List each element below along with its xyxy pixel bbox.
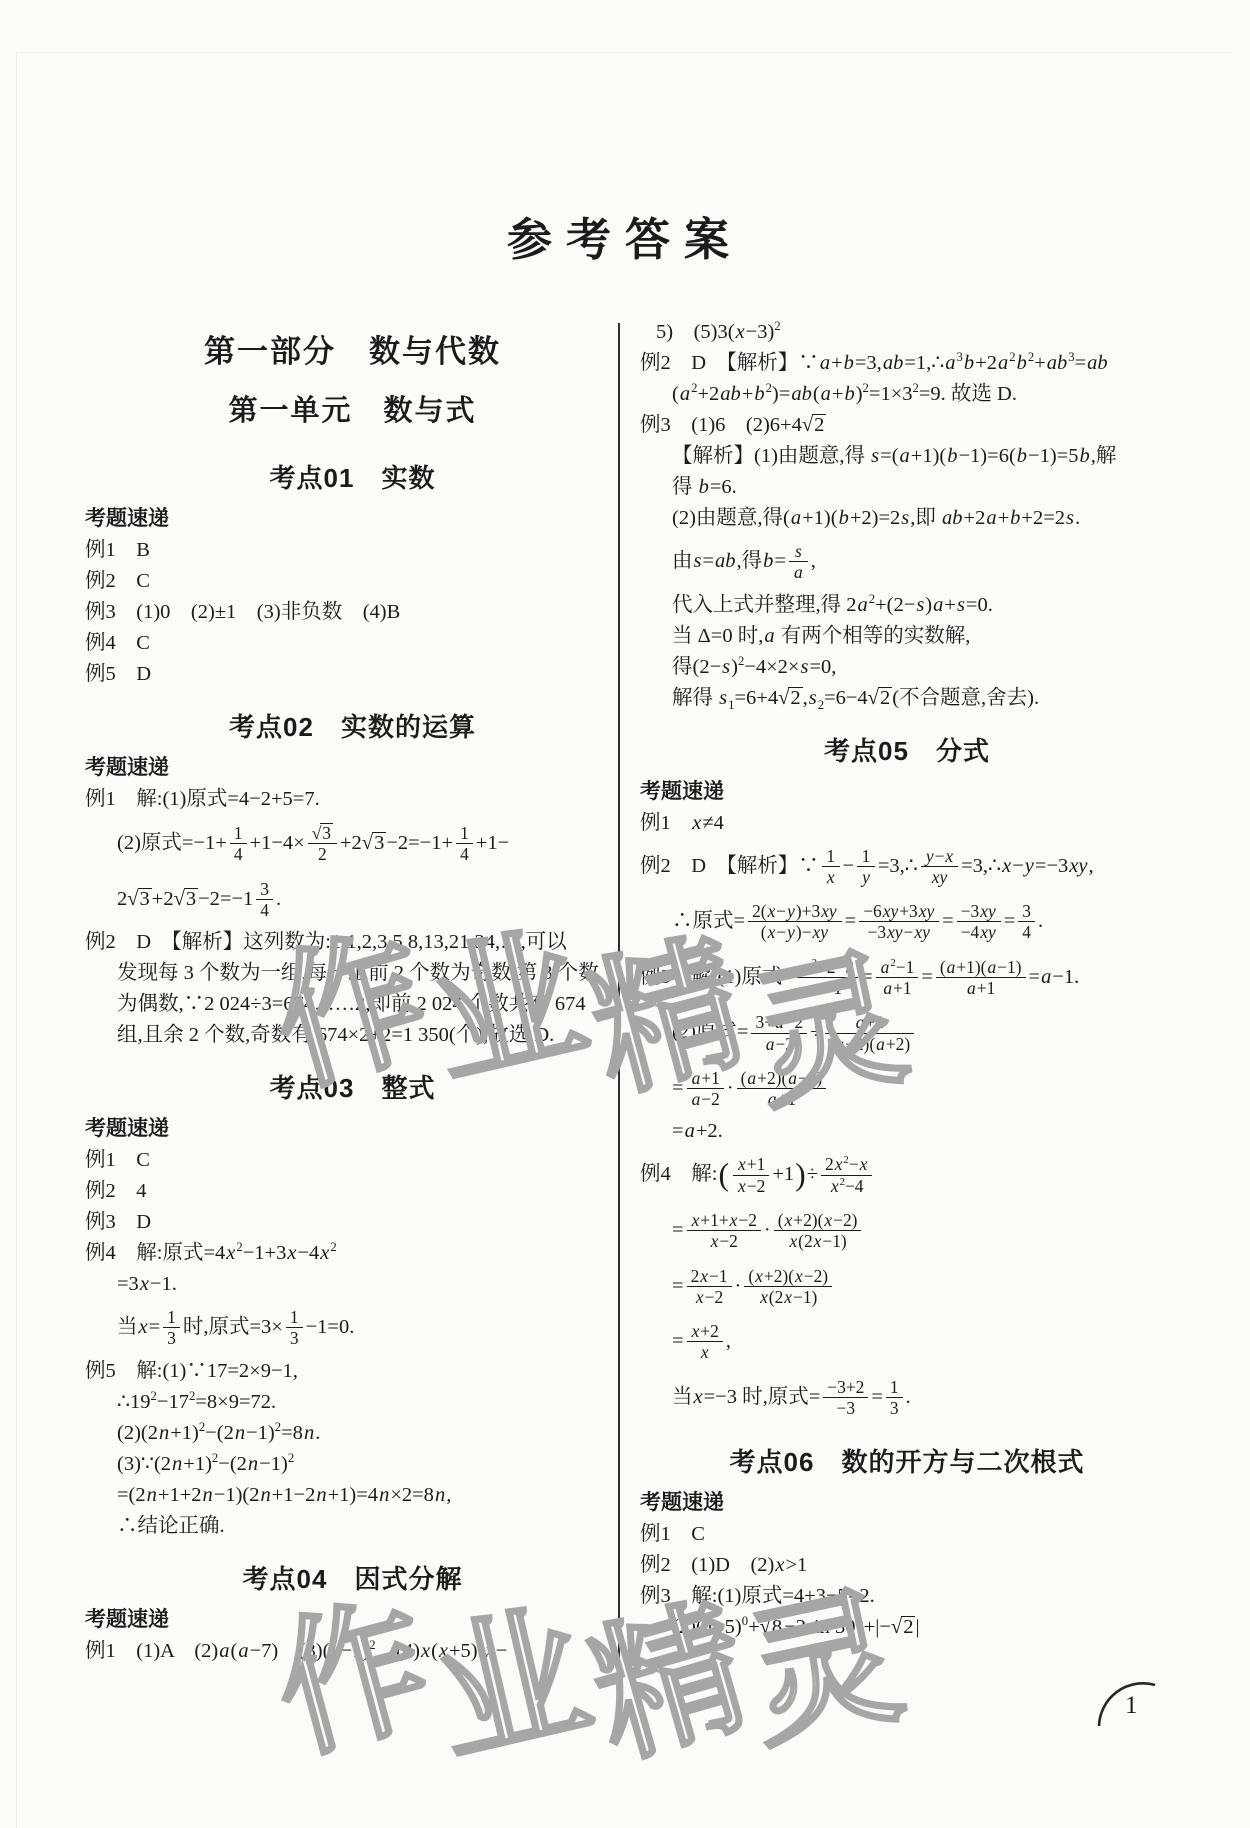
right-column: 5) (5)3(x−3)2例2 D 【解析】∵a+b=3,ab=1,∴a3b+2… [640, 317, 1174, 1643]
topic-heading: 考点05 分式 [640, 714, 1174, 778]
answer-line: 例1 B [85, 535, 620, 566]
answer-line: 例5 D [85, 659, 620, 690]
answer-line: 例3 (1)6 (2)6+4√2 [640, 410, 1174, 441]
answer-line: 例2 (1)D (2)x>1 [640, 1550, 1174, 1581]
topic-heading: 考点01 实数 [85, 429, 620, 505]
answer-line: 当 Δ=0 时,a 有两个相等的实数解, [640, 621, 1174, 652]
answer-line: 例4 解:原式=4x2−1+3x−4x2 [85, 1238, 620, 1269]
answer-line: 解得 s1=6+4√2,s2=6−4√2(不合题意,舍去). [640, 683, 1174, 714]
answer-line: (a2+2ab+b2)=ab(a+b)2=1×32=9. 故选 D. [640, 379, 1174, 410]
answer-line: 例2 C [85, 566, 620, 597]
answer-line: (2)(2n+1)2−(2n−1)2=8n. [85, 1418, 620, 1449]
answer-line: 例1 C [640, 1519, 1174, 1550]
part-heading: 第一部分 数与代数 [85, 333, 620, 371]
subsection-label: 考题速递 [85, 754, 620, 784]
answer-line: 例1 解:(1)原式=4−2+5=7. [85, 784, 620, 815]
answer-line: 组,且余 2 个数,奇数有 674×2+2=1 350(个),故选 D. [85, 1020, 620, 1051]
math-line: 2√3+2√3−2=−1 34. [85, 872, 620, 928]
answer-line: 例2 D 【解析】这列数为:1,1,2,3,5,8,13,21,34,…,可以 [85, 927, 620, 958]
math-line: 例4 解:(x+1x−2+1)÷2x2−xx2−4 [640, 1147, 1174, 1203]
answer-line: ∴192−172=8×9=72. [85, 1387, 620, 1418]
answer-line: 例4 C [85, 628, 620, 659]
answer-line: (2)由题意,得(a+1)(b+2)=2s,即 ab+2a+b+2=2s. [640, 503, 1174, 534]
math-line: 当 x=13 时,原式=3×13−1=0. [85, 1300, 620, 1356]
answer-line: 代入上式并整理,得 2a2+(2−s)a+s=0. [640, 590, 1174, 621]
math-line: 例2 D 【解析】∵1x−1y=3,∴y−xxy=3,∴x−y=−3xy, [640, 839, 1174, 895]
answer-line: ∴结论正确. [85, 1511, 620, 1542]
answer-line: 发现每 3 个数为一组,每一组前 2 个数为奇数,第 3 个数 [85, 958, 620, 989]
answer-line: 例2 D 【解析】∵a+b=3,ab=1,∴a3b+2a2b2+ab3=ab [640, 348, 1174, 379]
subsection-label: 考题速递 [640, 1489, 1174, 1519]
answer-line: 【解析】(1)由题意,得 s=(a+1)(b−1)=6(b−1)=5b,解 [640, 441, 1174, 472]
answer-line: =3x−1. [85, 1269, 620, 1300]
answer-line: 例5 解:(1)∵17=2×9−1, [85, 1356, 620, 1387]
math-line: =2x−1x−2·(x+2)(x−2)x(2x−1) [640, 1259, 1174, 1315]
left-column: 第一部分 数与代数第一单元 数与式考点01 实数考题速递例1 B例2 C例3 (… [85, 333, 620, 1667]
math-line: =x+1+x−2x−2·(x+2)(x−2)x(2x−1) [640, 1203, 1174, 1259]
math-line: (2)原式=3+a−2a−2÷a+1(a−2)(a+2) [640, 1005, 1174, 1061]
answer-line: 例3 解:(1)原式=4+3−5=2. [640, 1581, 1174, 1612]
subsection-label: 考题速递 [85, 1606, 620, 1636]
math-line: 例3 解:(1)原式=a2+2−3a+1=a2−1a+1=(a+1)(a−1)a… [640, 950, 1174, 1006]
topic-heading: 考点02 实数的运算 [85, 690, 620, 754]
answer-line: 例3 D [85, 1207, 620, 1238]
answer-line: 例3 (1)0 (2)±1 (3)非负数 (4)B [85, 597, 620, 628]
page-edge-top [16, 52, 1234, 53]
answer-line: =(2n+1+2n−1)(2n+1−2n+1)=4n×2=8n, [85, 1480, 620, 1511]
answer-line: 例1 x≠4 [640, 808, 1174, 839]
page-number: 1 [1093, 1676, 1163, 1728]
topic-heading: 考点06 数的开方与二次根式 [640, 1425, 1174, 1489]
answer-line: 例2 4 [85, 1176, 620, 1207]
math-line: ∴原式=2(x−y)+3xy(x−y)−xy=−6xy+3xy−3xy−xy=−… [640, 894, 1174, 950]
answer-line: 例1 (1)A (2)a(a−7) (3)(x−1)2 (4)x(x+5)(x− [85, 1636, 620, 1667]
scanned-answer-page: 参考答案 第一部分 数与代数第一单元 数与式考点01 实数考题速递例1 B例2 … [0, 0, 1250, 1828]
answer-line: 为偶数,∵2 024÷3=674……2,即前 2 024 个数共有 674 [85, 989, 620, 1020]
answer-line: 例1 C [85, 1145, 620, 1176]
subsection-label: 考题速递 [85, 1115, 620, 1145]
page-title: 参考答案 [0, 203, 1250, 268]
answer-line: =a+2. [640, 1116, 1174, 1147]
subsection-label: 考题速递 [85, 505, 620, 535]
answer-line: 得 b=6. [640, 472, 1174, 503]
answer-line: (3)∵(2n+1)2−(2n−1)2 [85, 1449, 620, 1480]
math-line: (2)原式=−1+14+1−4×√32+2√3−2=−1+14+1− [85, 815, 620, 872]
page-edge-left [16, 52, 17, 1828]
math-line: 由 s=ab,得 b=sa, [640, 534, 1174, 590]
page-number-value: 1 [1125, 1692, 1138, 1720]
answer-line: 得(2−s)2−4×2×s=0, [640, 652, 1174, 683]
topic-heading: 考点03 整式 [85, 1051, 620, 1115]
math-line: =a+1a−2·(a+2)(a−2)a+1 [640, 1061, 1174, 1117]
subsection-label: 考题速递 [640, 778, 1174, 808]
answer-line: 5) (5)3(x−3)2 [640, 317, 1174, 348]
math-line: =x+2x, [640, 1314, 1174, 1370]
answer-line: (2)(π−5)0+√8−2sin 30°+|−√2| [640, 1612, 1174, 1643]
topic-heading: 考点04 因式分解 [85, 1542, 620, 1606]
unit-heading: 第一单元 数与式 [85, 371, 620, 429]
math-line: 当 x=−3 时,原式=−3+2−3=13. [640, 1370, 1174, 1426]
